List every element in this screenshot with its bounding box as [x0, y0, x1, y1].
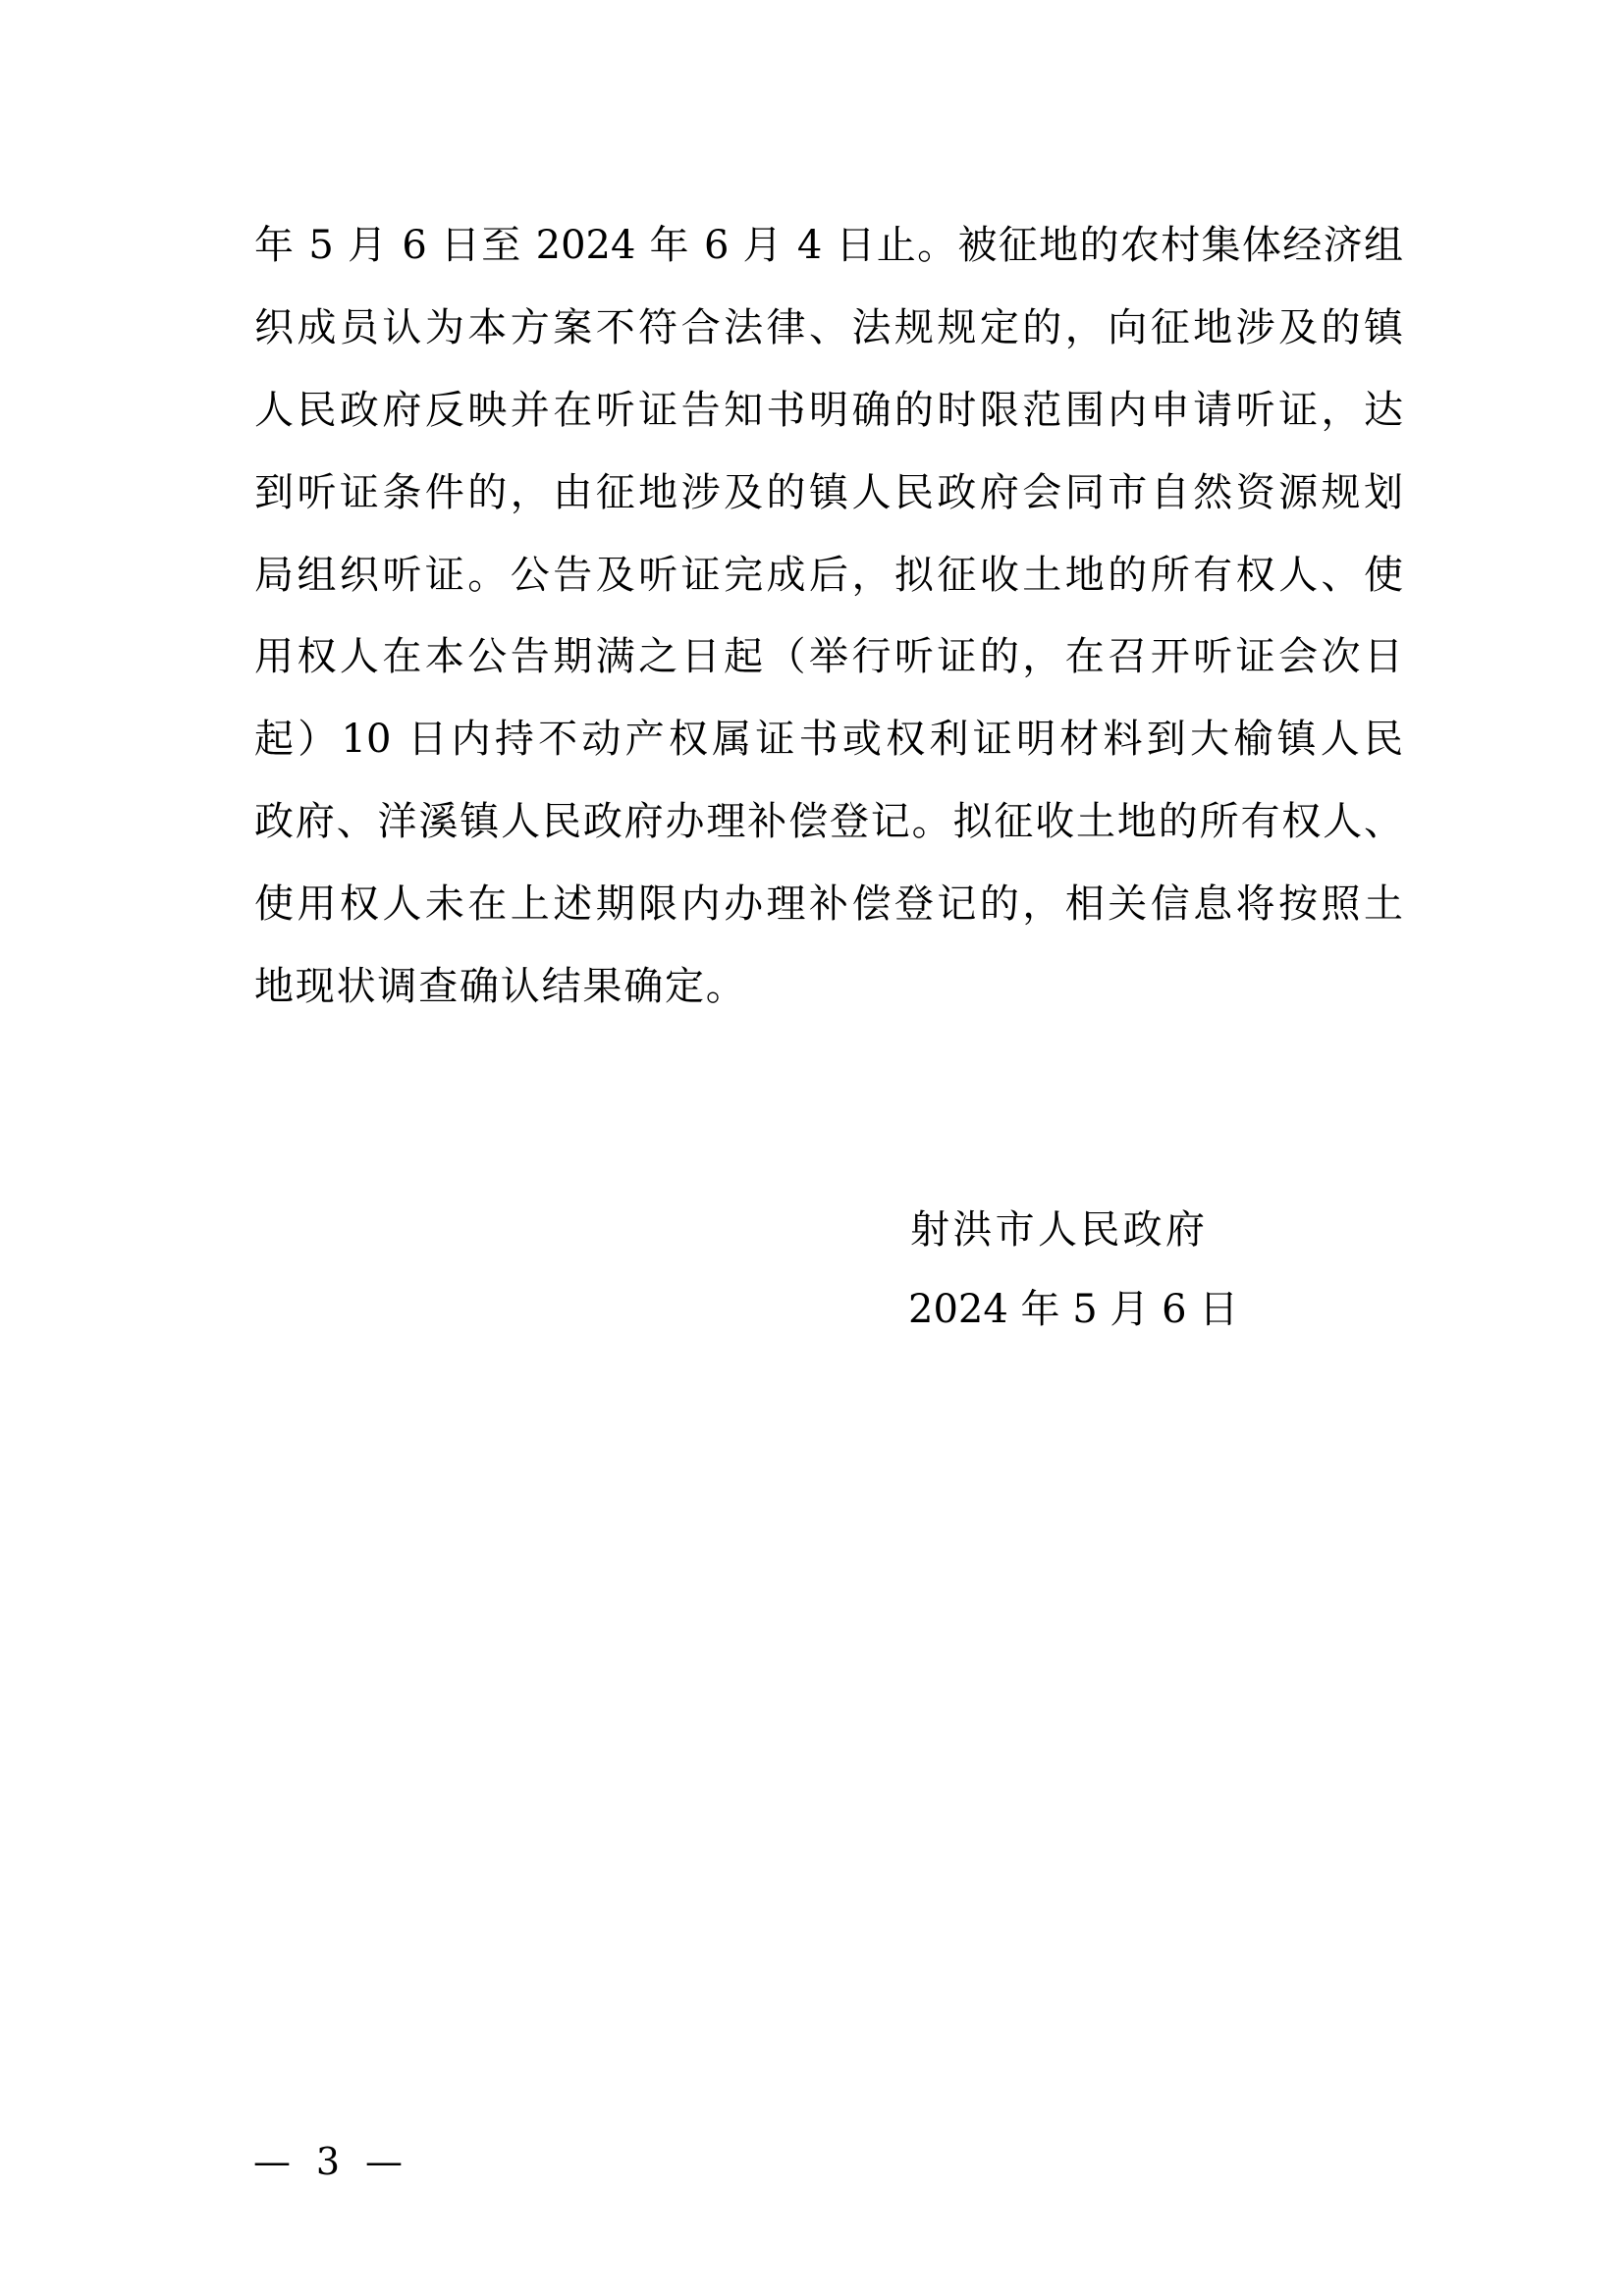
- body-line-8: 政府、洋溪镇人民政府办理补偿登记。拟征收土地的所有权人、: [254, 781, 1403, 864]
- body-line-9: 使用权人未在上述期限内办理补偿登记的，相关信息将按照土: [254, 864, 1403, 946]
- body-paragraph: 年 5 月 6 日至 2024 年 6 月 4 日止。被征地的农村集体经济组 织…: [254, 205, 1403, 1029]
- signature-organization: 射洪市人民政府: [910, 1205, 1205, 1255]
- body-line-10: 地现状调查确认结果确定。: [254, 946, 1403, 1029]
- body-line-6: 用权人在本公告期满之日起（举行听证的，在召开听证会次日: [254, 616, 1403, 699]
- body-line-1: 年 5 月 6 日至 2024 年 6 月 4 日止。被征地的农村集体经济组: [254, 205, 1403, 288]
- signature-date: 2024 年 5 月 6 日: [908, 1285, 1211, 1334]
- body-line-2: 织成员认为本方案不符合法律、法规规定的，向征地涉及的镇: [254, 288, 1403, 370]
- body-line-7: 起）10 日内持不动产权属证书或权利证明材料到大榆镇人民: [254, 699, 1403, 781]
- body-line-5: 局组织听证。公告及听证完成后，拟征收土地的所有权人、使: [254, 535, 1403, 617]
- body-line-3: 人民政府反映并在听证告知书明确的时限范围内申请听证，达: [254, 370, 1403, 453]
- body-line-4: 到听证条件的，由征地涉及的镇人民政府会同市自然资源规划: [254, 453, 1403, 535]
- page-number: — 3 —: [253, 2140, 403, 2183]
- document-page: 年 5 月 6 日至 2024 年 6 月 4 日止。被征地的农村集体经济组 织…: [0, 0, 1624, 2296]
